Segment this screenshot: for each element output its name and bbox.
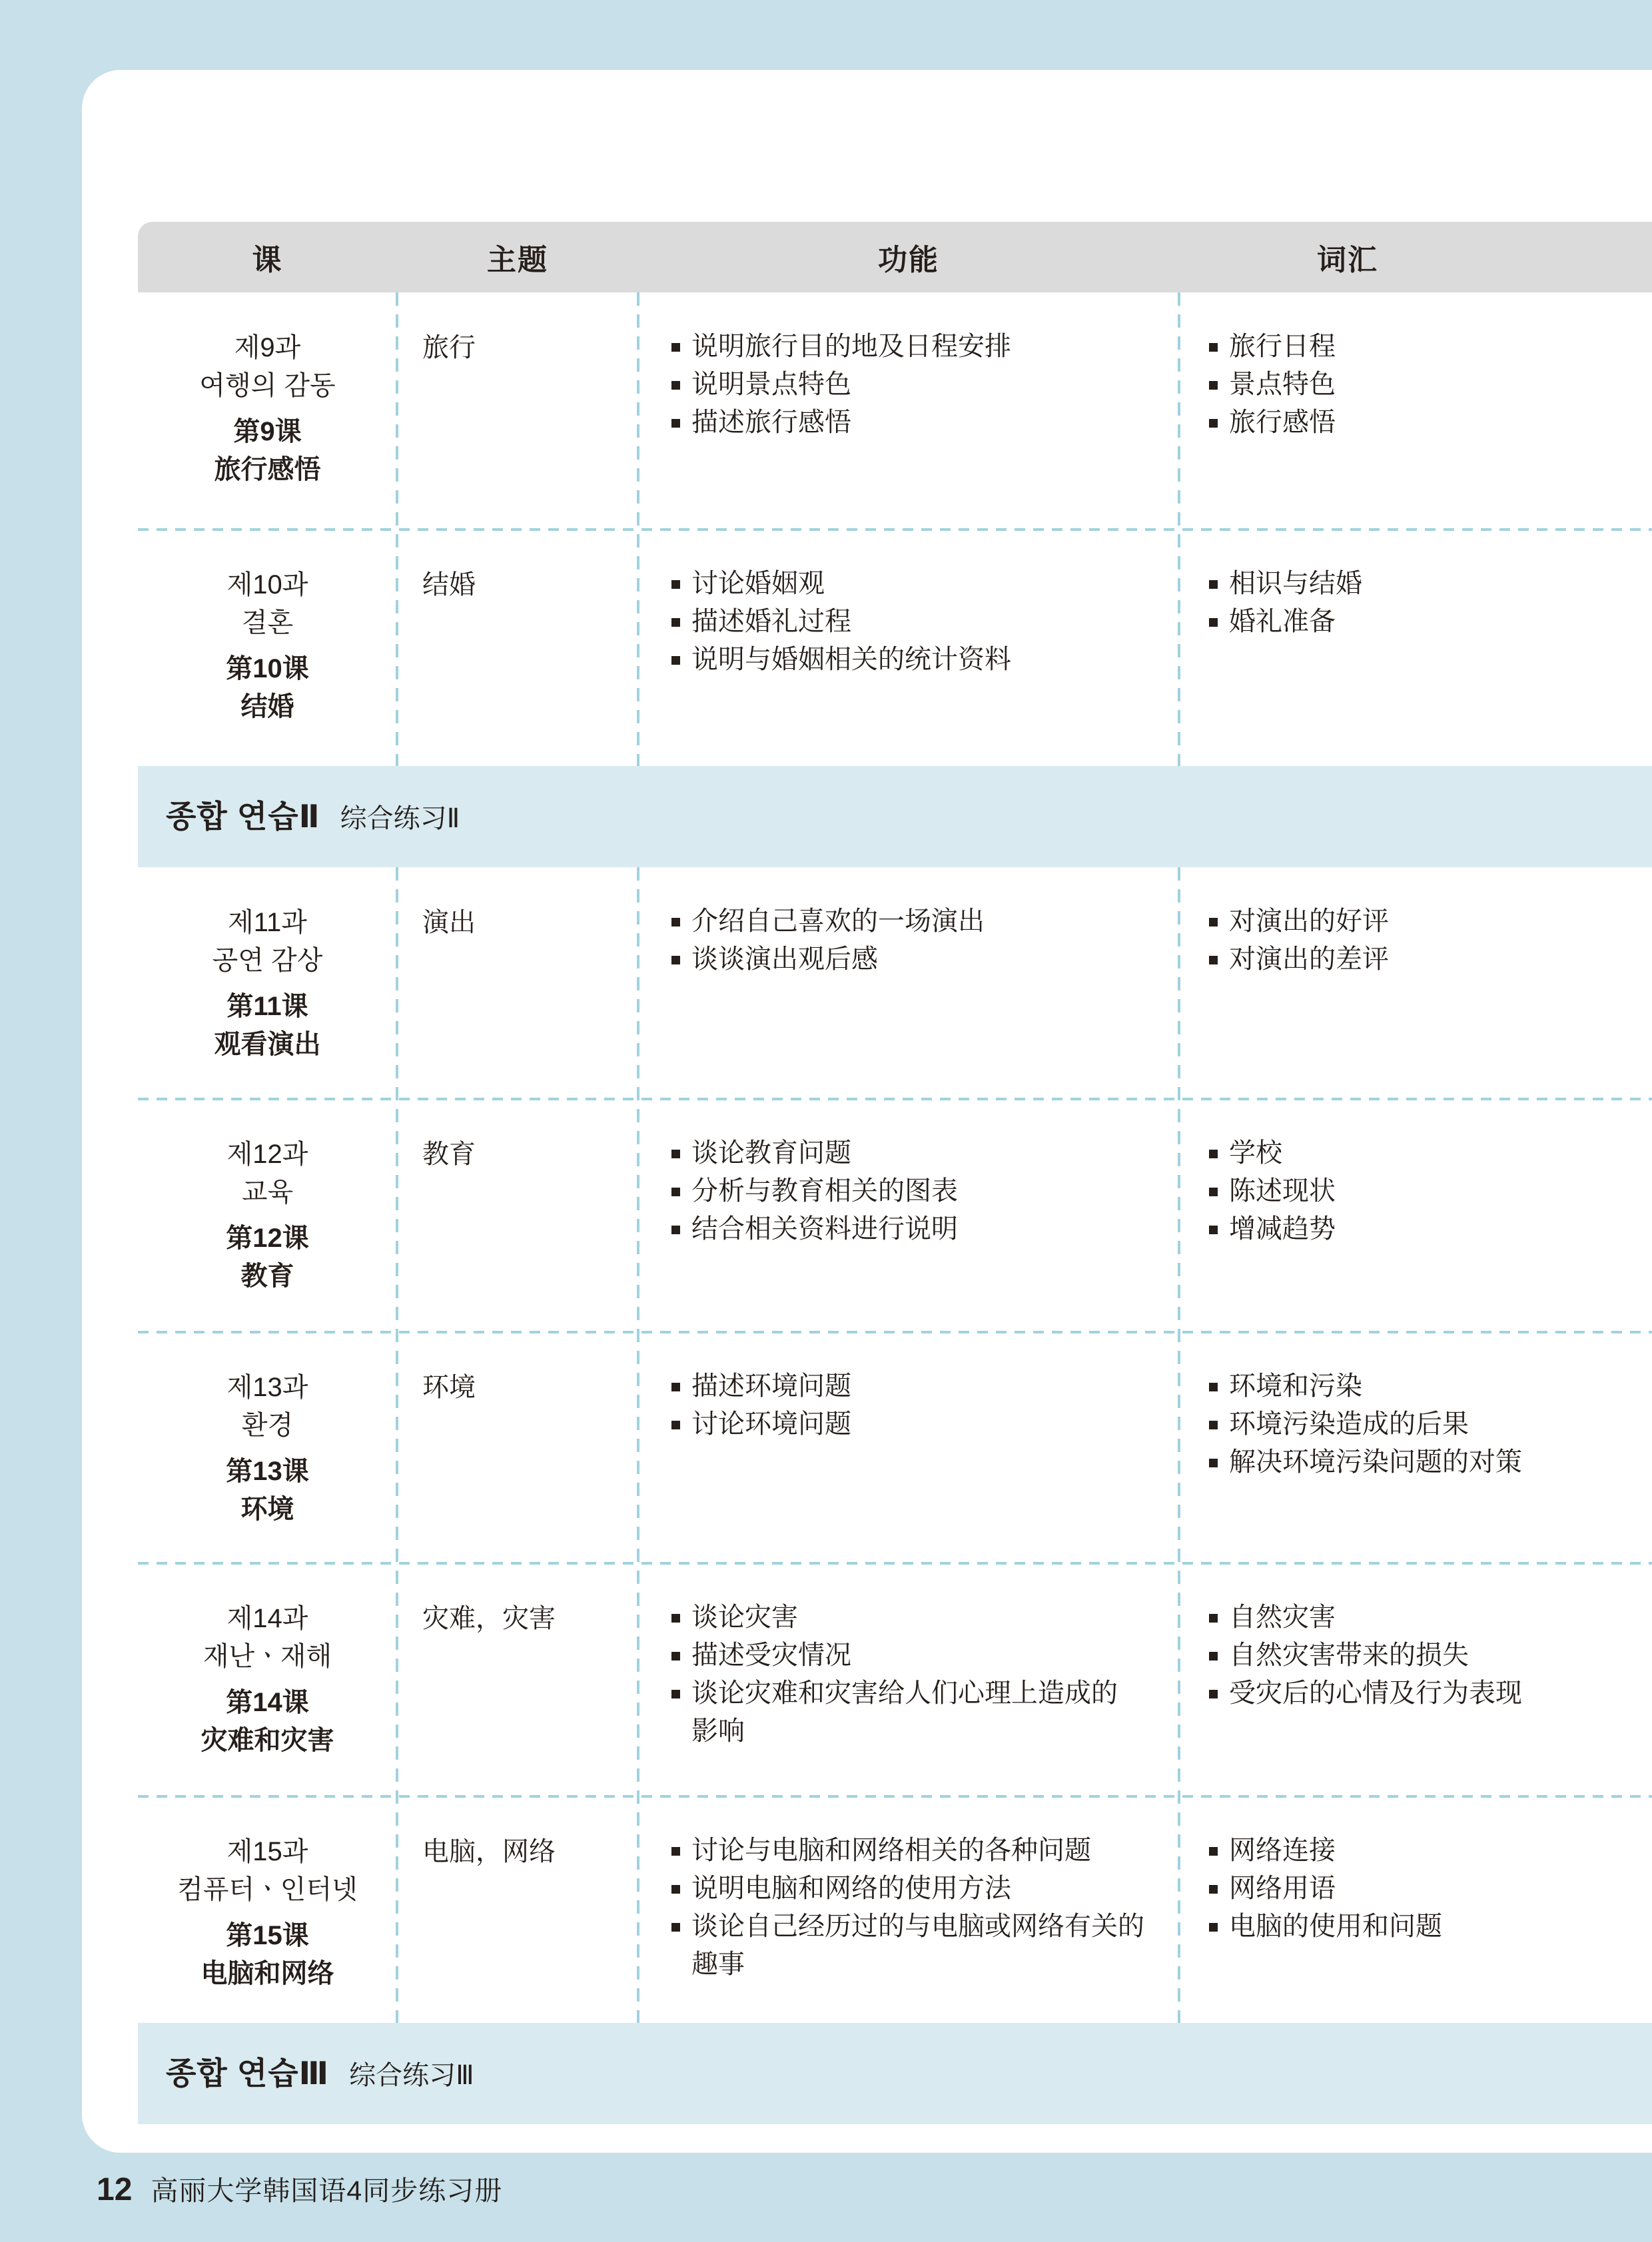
vocabulary-cell: 环境和污染环境污染造成的后果解决环境污染问题的对策 xyxy=(1179,1332,1652,1563)
lesson-title-korean: 제11과 공연 감상 xyxy=(138,904,397,980)
functions-cell: 介绍自己喜欢的一场演出谈谈演出观后感 xyxy=(638,867,1179,1099)
bullet-square-icon xyxy=(671,618,680,627)
vocabulary-item: 解决环境污染问题的对策 xyxy=(1209,1443,1639,1481)
topic-cell: 结婚 xyxy=(397,530,638,766)
vocabulary-cell: 对演出的好评对演出的差评 xyxy=(1179,867,1652,1099)
lesson-cell: 제15과 컴퓨터ㆍ인터넷第15课 电脑和网络 xyxy=(138,1796,397,2023)
lesson-cell: 제13과 환경第13课 环境 xyxy=(138,1332,397,1563)
function-item: 分析与教育相关的图表 xyxy=(671,1172,1159,1210)
bullet-square-icon xyxy=(1209,1885,1218,1894)
bullet-square-icon xyxy=(1209,580,1218,589)
table-row: 제14과 재난ㆍ재해第14课 灾难和灾害灾难，灾害谈论灾害描述受灾情况谈论灾难和… xyxy=(138,1563,1652,1796)
section-title-chinese: 综合练习Ⅱ xyxy=(340,797,460,835)
bullet-square-icon xyxy=(671,918,680,927)
vocabulary-item: 环境污染造成的后果 xyxy=(1209,1405,1639,1443)
lesson-title-korean: 제15과 컴퓨터ㆍ인터넷 xyxy=(138,1833,397,1909)
lesson-title-korean: 제9과 여행의 감동 xyxy=(138,329,397,405)
column-divider-dashed xyxy=(637,292,639,766)
vocabulary-item: 自然灾害带来的损失 xyxy=(1209,1637,1639,1675)
function-item: 谈论灾难和灾害给人们心理上造成的 影响 xyxy=(671,1675,1159,1750)
lesson-title-korean: 제12과 교육 xyxy=(138,1136,397,1212)
column-divider-dashed xyxy=(637,867,639,2023)
lesson-cell: 제10과 결혼第10课 结婚 xyxy=(138,530,397,766)
section-title-korean: 종합 연습Ⅱ xyxy=(166,766,320,867)
bullet-square-icon xyxy=(1209,1421,1218,1429)
bullet-square-icon xyxy=(1209,1652,1218,1661)
vocabulary-item: 学校 xyxy=(1209,1134,1639,1172)
vocabulary-item: 受灾后的心情及行为表现 xyxy=(1209,1675,1639,1712)
bullet-square-icon xyxy=(671,419,680,428)
function-item: 说明与婚姻相关的统计资料 xyxy=(671,641,1159,679)
function-item: 讨论婚姻观 xyxy=(671,565,1159,603)
function-item: 说明景点特色 xyxy=(671,366,1159,404)
function-item: 描述环境问题 xyxy=(671,1367,1159,1405)
vocabulary-item: 自然灾害 xyxy=(1209,1599,1639,1637)
header-col-topic: 主题 xyxy=(397,236,638,278)
vocabulary-item: 婚礼准备 xyxy=(1209,603,1639,641)
book-title: 高丽大学韩国语4同步练习册 xyxy=(151,2171,502,2211)
function-item: 说明电脑和网络的使用方法 xyxy=(671,1870,1159,1908)
table-row: 제10과 결혼第10课 结婚结婚讨论婚姻观描述婚礼过程说明与婚姻相关的统计资料相… xyxy=(138,530,1652,766)
table-row: 제12과 교육第12课 教育教育谈论教育问题分析与教育相关的图表结合相关资料进行… xyxy=(138,1099,1652,1332)
bullet-square-icon xyxy=(671,1226,680,1234)
lesson-title-chinese: 第11课 观看演出 xyxy=(138,988,397,1064)
lesson-title-chinese: 第14课 灾难和灾害 xyxy=(138,1684,397,1760)
lesson-cell: 제14과 재난ㆍ재해第14课 灾难和灾害 xyxy=(138,1563,397,1796)
topic-cell: 教育 xyxy=(397,1099,638,1332)
vocabulary-item: 对演出的好评 xyxy=(1209,903,1639,940)
bullet-square-icon xyxy=(1209,1847,1218,1856)
functions-cell: 讨论婚姻观描述婚礼过程说明与婚姻相关的统计资料 xyxy=(638,530,1179,766)
lesson-title-chinese: 第15课 电脑和网络 xyxy=(138,1917,397,1993)
section-title-chinese: 综合练习Ⅲ xyxy=(349,2054,474,2092)
bullet-square-icon xyxy=(1209,618,1218,627)
functions-cell: 谈论灾害描述受灾情况谈论灾难和灾害给人们心理上造成的 影响 xyxy=(638,1563,1179,1796)
column-divider-dashed xyxy=(396,867,398,2023)
lesson-title-korean: 제14과 재난ㆍ재해 xyxy=(138,1600,397,1676)
functions-cell: 讨论与电脑和网络相关的各种问题说明电脑和网络的使用方法谈论自己经历过的与电脑或网… xyxy=(638,1796,1179,2023)
bullet-square-icon xyxy=(671,1923,680,1932)
function-item: 说明旅行目的地及日程安排 xyxy=(671,328,1159,366)
bullet-square-icon xyxy=(671,1188,680,1196)
bullet-square-icon xyxy=(1209,1383,1218,1391)
topic-cell: 旅行 xyxy=(397,292,638,530)
table-row: 제13과 환경第13课 环境环境描述环境问题讨论环境问题环境和污染环境污染造成的… xyxy=(138,1332,1652,1563)
vocabulary-item: 旅行日程 xyxy=(1209,328,1639,366)
bullet-square-icon xyxy=(1209,343,1218,352)
bullet-square-icon xyxy=(671,956,680,964)
bullet-square-icon xyxy=(1209,419,1218,428)
bullet-square-icon xyxy=(1209,918,1218,927)
section-band-2: 종합 연습Ⅱ 综合练习Ⅱ xyxy=(138,766,1652,867)
page: 课 主题 功能 词汇 제9과 여행의 감동第9课 旅行感悟旅行说明旅行目的地及日… xyxy=(0,0,1652,2242)
header-col-lesson: 课 xyxy=(138,236,397,278)
lesson-title-chinese: 第12课 教育 xyxy=(138,1220,397,1296)
vocabulary-cell: 学校陈述现状增减趋势 xyxy=(1179,1099,1652,1332)
bullet-square-icon xyxy=(1209,1150,1218,1158)
function-item: 描述受灾情况 xyxy=(671,1637,1159,1675)
header-col-vocabulary: 词汇 xyxy=(1179,236,1652,278)
column-divider-dashed xyxy=(396,292,398,766)
function-item: 谈论自己经历过的与电脑或网络有关的 趣事 xyxy=(671,1908,1159,1984)
bullet-square-icon xyxy=(671,1383,680,1391)
bullet-square-icon xyxy=(671,1690,680,1698)
vocabulary-item: 对演出的差评 xyxy=(1209,940,1639,978)
bullet-square-icon xyxy=(1209,1226,1218,1234)
section-title-korean: 종합 연습Ⅲ xyxy=(166,2023,329,2124)
function-item: 讨论环境问题 xyxy=(671,1405,1159,1443)
vocabulary-item: 增减趋势 xyxy=(1209,1210,1639,1248)
bullet-square-icon xyxy=(1209,1614,1218,1623)
function-item: 描述旅行感悟 xyxy=(671,404,1159,442)
function-item: 描述婚礼过程 xyxy=(671,603,1159,641)
bullet-square-icon xyxy=(671,381,680,390)
bullet-square-icon xyxy=(671,1652,680,1661)
vocabulary-item: 陈述现状 xyxy=(1209,1172,1639,1210)
bullet-square-icon xyxy=(671,1885,680,1894)
section-band-3: 종합 연습Ⅲ 综合练习Ⅲ xyxy=(138,2023,1652,2124)
bullet-square-icon xyxy=(671,1150,680,1158)
table-row: 제11과 공연 감상第11课 观看演出演出介绍自己喜欢的一场演出谈谈演出观后感对… xyxy=(138,867,1652,1099)
vocabulary-cell: 旅行日程景点特色旅行感悟 xyxy=(1179,292,1652,530)
vocabulary-cell: 自然灾害自然灾害带来的损失受灾后的心情及行为表现 xyxy=(1179,1563,1652,1796)
header-col-function: 功能 xyxy=(638,236,1179,278)
topic-cell: 电脑，网络 xyxy=(397,1796,638,2023)
topic-cell: 灾难，灾害 xyxy=(397,1563,638,1796)
function-item: 谈论教育问题 xyxy=(671,1134,1159,1172)
bullet-square-icon xyxy=(1209,1188,1218,1196)
vocabulary-item: 网络用语 xyxy=(1209,1870,1639,1908)
vocabulary-item: 景点特色 xyxy=(1209,366,1639,404)
lesson-title-korean: 제13과 환경 xyxy=(138,1369,397,1445)
bullet-square-icon xyxy=(671,1614,680,1623)
vocabulary-cell: 相识与结婚婚礼准备 xyxy=(1179,530,1652,766)
functions-cell: 说明旅行目的地及日程安排说明景点特色描述旅行感悟 xyxy=(638,292,1179,530)
functions-cell: 谈论教育问题分析与教育相关的图表结合相关资料进行说明 xyxy=(638,1099,1179,1332)
topic-cell: 演出 xyxy=(397,867,638,1099)
bullet-square-icon xyxy=(671,656,680,665)
table-row: 제15과 컴퓨터ㆍ인터넷第15课 电脑和网络电脑，网络讨论与电脑和网络相关的各种… xyxy=(138,1796,1652,2023)
function-item: 谈谈演出观后感 xyxy=(671,940,1159,978)
column-divider-dashed xyxy=(1178,292,1180,766)
bullet-square-icon xyxy=(671,343,680,352)
bullet-square-icon xyxy=(671,1421,680,1429)
function-item: 结合相关资料进行说明 xyxy=(671,1210,1159,1248)
function-item: 介绍自己喜欢的一场演出 xyxy=(671,903,1159,940)
function-item: 谈论灾害 xyxy=(671,1599,1159,1637)
functions-cell: 描述环境问题讨论环境问题 xyxy=(638,1332,1179,1563)
bullet-square-icon xyxy=(1209,1690,1218,1698)
bullet-square-icon xyxy=(1209,1923,1218,1932)
rows-group-2: 제11과 공연 감상第11课 观看演出演出介绍自己喜欢的一场演出谈谈演出观后感对… xyxy=(138,867,1652,2023)
page-number: 12 xyxy=(97,2170,132,2210)
lesson-title-chinese: 第13课 环境 xyxy=(138,1453,397,1529)
rows-group-1: 제9과 여행의 감동第9课 旅行感悟旅行说明旅行目的地及日程安排说明景点特色描述… xyxy=(138,292,1652,766)
vocabulary-cell: 网络连接网络用语电脑的使用和问题 xyxy=(1179,1796,1652,2023)
vocabulary-item: 旅行感悟 xyxy=(1209,404,1639,442)
table-header: 课 主题 功能 词汇 xyxy=(138,222,1652,292)
bullet-square-icon xyxy=(671,580,680,589)
bullet-square-icon xyxy=(1209,956,1218,964)
column-divider-dashed xyxy=(1178,867,1180,2023)
function-item: 讨论与电脑和网络相关的各种问题 xyxy=(671,1832,1159,1870)
lesson-title-korean: 제10과 결혼 xyxy=(138,566,397,642)
bullet-square-icon xyxy=(1209,1459,1218,1467)
vocabulary-item: 相识与结婚 xyxy=(1209,565,1639,603)
vocabulary-item: 环境和污染 xyxy=(1209,1367,1639,1405)
syllabus-table: 课 主题 功能 词汇 제9과 여행의 감동第9课 旅行感悟旅行说明旅行目的地及日… xyxy=(138,222,1652,2124)
bullet-square-icon xyxy=(1209,381,1218,390)
vocabulary-item: 电脑的使用和问题 xyxy=(1209,1908,1639,1946)
topic-cell: 环境 xyxy=(397,1332,638,1563)
lesson-cell: 제9과 여행의 감동第9课 旅行感悟 xyxy=(138,292,397,530)
lesson-cell: 제11과 공연 감상第11课 观看演出 xyxy=(138,867,397,1099)
lesson-title-chinese: 第10课 结婚 xyxy=(138,650,397,726)
table-row: 제9과 여행의 감동第9课 旅行感悟旅行说明旅行目的地及日程安排说明景点特色描述… xyxy=(138,292,1652,530)
vocabulary-item: 网络连接 xyxy=(1209,1832,1639,1870)
lesson-cell: 제12과 교육第12课 教育 xyxy=(138,1099,397,1332)
lesson-title-chinese: 第9课 旅行感悟 xyxy=(138,413,397,489)
bullet-square-icon xyxy=(671,1847,680,1856)
page-footer: 12 高丽大学韩国语4同步练习册 xyxy=(97,2170,502,2211)
